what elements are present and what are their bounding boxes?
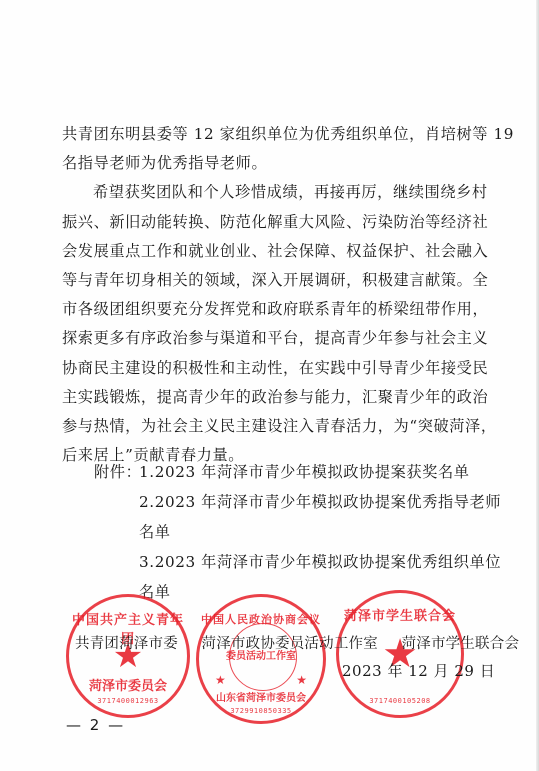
document-body: 共青团东明县委等 12 家组织单位为优秀组织单位，肖培树等 19 名指导老师为优… bbox=[62, 120, 502, 470]
stamp-bottom-text: 山东省菏泽市委员会 bbox=[199, 689, 323, 704]
star-icon: ★ bbox=[215, 673, 226, 687]
stamp-code: 3717400105208 bbox=[339, 697, 461, 705]
youth-league-stamp: 中国共产主义青年团 ★ 菏泽市委员会 3717400012963 bbox=[66, 594, 190, 718]
signatories: 共青团菏泽市委 菏泽市政协委员活动工作室 菏泽市学生联合会 bbox=[75, 632, 519, 653]
signer-youth-league: 共青团菏泽市委 bbox=[75, 632, 178, 653]
attachment-text: 1.2023 年菏泽市青少年模拟政协提案获奖名单 bbox=[139, 463, 470, 481]
attachment-item-2: 2.2023 年菏泽市青少年模拟政协提案优秀指导老师 bbox=[94, 487, 501, 517]
signer-student-union: 菏泽市学生联合会 bbox=[402, 632, 520, 653]
document-page: 共青团东明县委等 12 家组织单位为优秀组织单位，肖培树等 19 名指导老师为优… bbox=[0, 0, 539, 771]
attachments-label: 附件： bbox=[94, 457, 139, 487]
star-icon: ★ bbox=[296, 673, 307, 687]
paragraph-line: 希望获奖团队和个人珍惜成绩，再接再厉，继续围绕乡村 bbox=[62, 178, 502, 207]
attachment-item-1: 附件：1.2023 年菏泽市青少年模拟政协提案获奖名单 bbox=[94, 457, 501, 487]
paragraph-line: 市各级团组织要充分发挥党和政府联系青年的桥梁纽带作用， bbox=[62, 295, 502, 324]
paragraph-line: 参与热情，为社会主义民主建设注入青春活力，为“突破菏泽， bbox=[62, 412, 502, 441]
body-line: 名指导老师为优秀指导老师。 bbox=[62, 149, 502, 178]
paragraph-line: 协商民主建设的积极性和主动性，在实践中引导青少年接受民 bbox=[62, 354, 502, 383]
paragraph-line: 主实践锻炼，提高青少年的政治参与能力，汇聚青少年的政治 bbox=[62, 383, 502, 412]
paragraph-line: 探索更多有序政治参与渠道和平台，提高青少年参与社会主义 bbox=[62, 324, 502, 353]
cppcc-stamp: 中国人民政治协商会议 委员活动工作室 ★ ★ 山东省菏泽市委员会 3729910… bbox=[196, 594, 326, 724]
stamp-bottom-text: 菏泽市委员会 bbox=[69, 675, 187, 694]
signer-cppcc-studio: 菏泽市政协委员活动工作室 bbox=[202, 632, 378, 653]
document-date: 2023 年 12 月 29 日 bbox=[342, 660, 495, 681]
paragraph-line: 等与青年切身相关的领域，深入开展调研，积极建言献策。全 bbox=[62, 266, 502, 295]
stamp-top-text: 菏泽市学生联合会 bbox=[339, 605, 461, 624]
student-union-stamp: 菏泽市学生联合会 ★ 3717400105208 bbox=[336, 590, 464, 718]
page-number: — 2 — bbox=[66, 716, 125, 734]
attachment-item-2-cont: 名单 bbox=[94, 517, 501, 547]
attachment-item-3: 3.2023 年菏泽市青少年模拟政协提案优秀组织单位 bbox=[94, 547, 501, 577]
attachments-list: 附件：1.2023 年菏泽市青少年模拟政协提案获奖名单 2.2023 年菏泽市青… bbox=[94, 457, 501, 607]
paragraph-line: 振兴、新旧动能转换、防范化解重大风险、污染防治等经济社 bbox=[62, 208, 502, 237]
paragraph-line: 会发展重点工作和就业创业、社会保障、权益保护、社会融入 bbox=[62, 237, 502, 266]
stamp-code: 3729910850335 bbox=[199, 707, 323, 715]
body-line: 共青团东明县委等 12 家组织单位为优秀组织单位，肖培树等 19 bbox=[62, 120, 502, 149]
stamp-code: 3717400012963 bbox=[69, 697, 187, 705]
